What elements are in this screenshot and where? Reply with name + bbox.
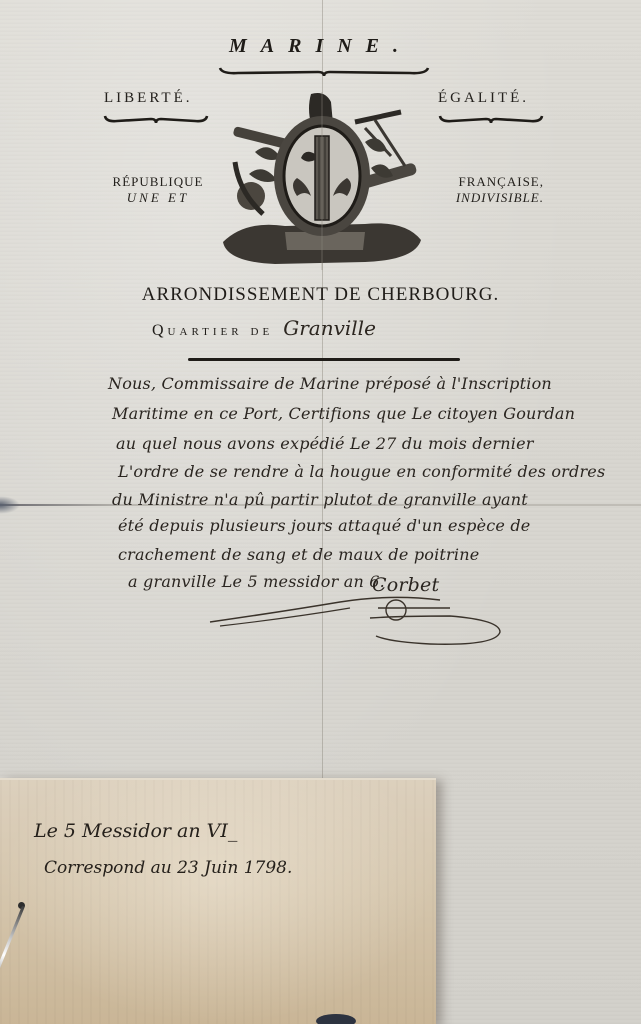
liberte-brace-ornament	[103, 114, 209, 126]
quartier-value: Granville	[283, 316, 376, 340]
arrondissement-heading: ARRONDISSEMENT DE CHERBOURG.	[0, 284, 641, 306]
fold-edge-shadow	[0, 496, 20, 514]
body-line-6: été depuis plusieurs jours attaqué d'un …	[118, 516, 530, 535]
motto-liberte: LIBERTÉ.	[104, 90, 193, 107]
heading-brace-ornament	[218, 66, 430, 78]
body-line-1: Nous, Commissaire de Marine préposé à l'…	[108, 374, 552, 393]
slip-line-2: Correspond au 23 Juin 1798.	[44, 858, 292, 878]
body-line-2: Maritime en ce Port, Certifions que Le c…	[112, 404, 575, 423]
background-object	[316, 1014, 356, 1024]
republican-emblem-icon	[215, 92, 430, 270]
francaise-label: FRANÇAISE,	[459, 174, 545, 189]
department-heading: MARINE.	[0, 35, 641, 58]
body-line-7: crachement de sang et de maux de poitrin…	[118, 545, 479, 564]
document-sheet: MARINE. LIBERTÉ. ÉGALITÉ. RÉPUBLIQUE UNE…	[0, 0, 641, 1024]
francaise-indivisible: FRANÇAISE, INDIVISIBLE.	[430, 174, 544, 206]
indivisible-label: INDIVISIBLE.	[430, 190, 544, 206]
motto-egalite: ÉGALITÉ.	[438, 90, 529, 107]
republique-label: RÉPUBLIQUE	[113, 174, 204, 189]
body-line-5: du Ministre n'a pû partir plutot de gran…	[112, 490, 528, 509]
une-et-label: UNE ET	[108, 190, 208, 206]
signature: Corbet	[372, 574, 439, 596]
annotation-slip: Le 5 Messidor an VI_ Correspond au 23 Ju…	[0, 778, 436, 1024]
quartier-label: Quartier de	[152, 322, 273, 339]
body-line-4: L'ordre de se rendre à la hougue en conf…	[118, 462, 605, 481]
republique-une-et: RÉPUBLIQUE UNE ET	[108, 174, 208, 206]
body-line-3: au quel nous avons expédié Le 27 du mois…	[116, 434, 534, 453]
slip-line-1: Le 5 Messidor an VI_	[34, 820, 237, 842]
quartier-line: Quartier de Granville	[152, 316, 376, 340]
egalite-brace-ornament	[438, 114, 544, 126]
signature-block: Corbet	[200, 572, 530, 652]
separator-rule	[188, 358, 460, 361]
